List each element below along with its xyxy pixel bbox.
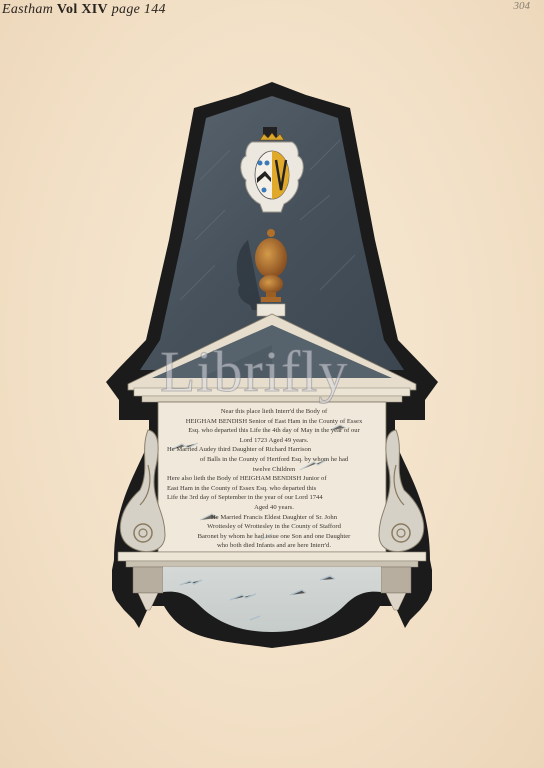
inscription-line: He Married Audey third Daughter of Richa… [163,445,385,455]
inscription-line: who both died Infants and are here Inter… [163,541,385,551]
inscription-line: Esq. who departed this Life the 4th day … [163,426,385,436]
inscription-line: Baronet by whom he had issue one Son and… [163,532,385,542]
inscription-line: Lord 1723 Aged 49 years. [163,436,385,446]
inscription-line: Aged 40 years. [163,503,385,513]
inscription-line: of Balls in the County of Hertford Esq. … [163,455,385,465]
inscription-line: Wrottesley of Wrottesley in the County o… [163,522,385,532]
inscription-line: East Ham in the County of Essex Esq. who… [163,484,385,494]
inscription-line: twelve Children [163,465,385,475]
inscription-line: Life the 3rd day of September in the yea… [163,493,385,503]
inscription-line: Near this place lieth Interr'd the Body … [163,407,385,417]
inscription-line: He Married Francis Eldest Daughter of Sr… [163,513,385,523]
inscription-line: Here also lieth the Body of HEIGHAM BEND… [163,474,385,484]
monument-drawing [0,0,544,768]
epitaph-inscription: Near this place lieth Interr'd the Body … [163,407,385,551]
inscription-line: HEIGHAM BENDISH Senior of East Ham in th… [163,417,385,427]
